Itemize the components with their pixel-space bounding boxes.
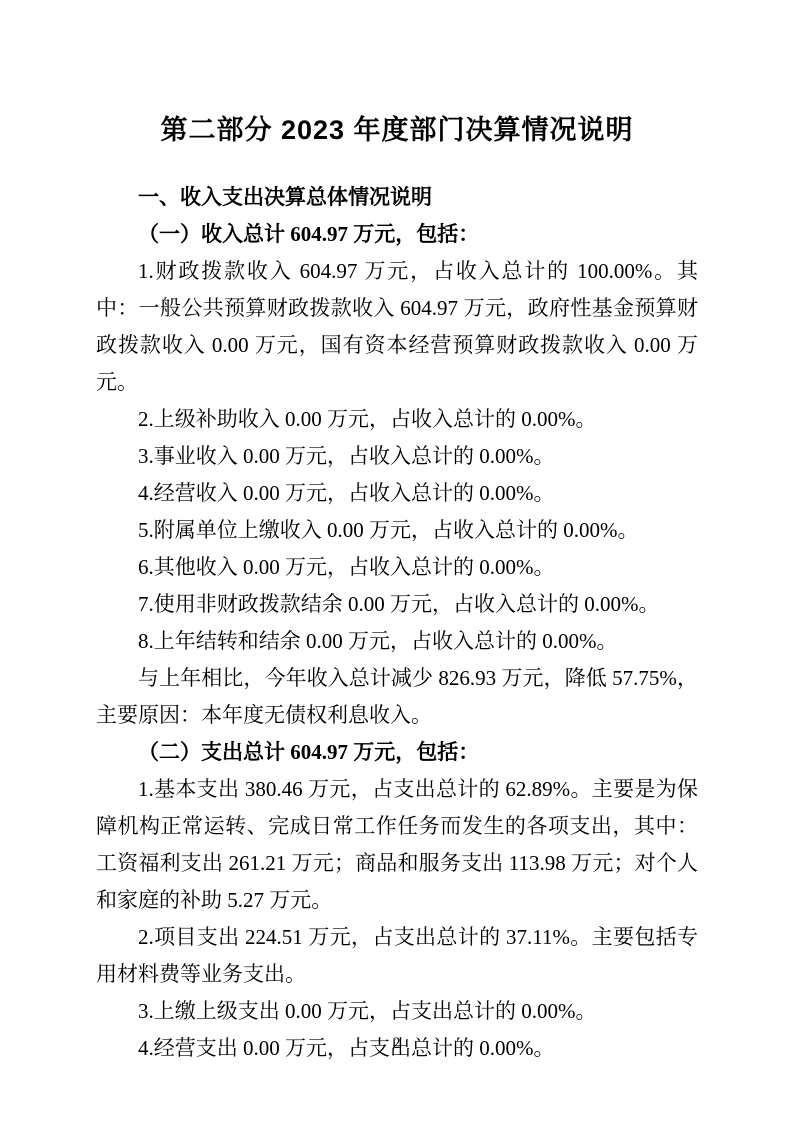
income-item-7: 7.使用非财政拨款结余 0.00 万元，占收入总计的 0.00%。 [96, 586, 698, 623]
income-total-heading: （一）收入总计 604.97 万元，包括： [96, 216, 698, 253]
document-page: 第二部分 2023 年度部门决算情况说明 一、收入支出决算总体情况说明 （一）收… [0, 0, 793, 1122]
income-item-2: 2.上级补助收入 0.00 万元，占收入总计的 0.00%。 [96, 401, 698, 438]
income-item-4: 4.经营收入 0.00 万元，占收入总计的 0.00%。 [96, 475, 698, 512]
income-item-8: 8.上年结转和结余 0.00 万元，占收入总计的 0.00%。 [96, 623, 698, 660]
document-body: 一、收入支出决算总体情况说明 （一）收入总计 604.97 万元，包括： 1.财… [96, 179, 698, 1067]
expenditure-total-heading: （二）支出总计 604.97 万元，包括： [96, 734, 698, 771]
income-item-5: 5.附属单位上缴收入 0.00 万元，占收入总计的 0.00%。 [96, 512, 698, 549]
income-year-comparison: 与上年相比，今年收入总计减少 826.93 万元，降低 57.75%，主要原因：… [96, 660, 698, 734]
page-number: 2 [0, 1033, 793, 1055]
income-item-3: 3.事业收入 0.00 万元，占收入总计的 0.00%。 [96, 438, 698, 475]
expenditure-item-1: 1.基本支出 380.46 万元，占支出总计的 62.89%。主要是为保障机构正… [96, 771, 698, 919]
expenditure-item-2: 2.项目支出 224.51 万元，占支出总计的 37.11%。主要包括专用材料费… [96, 919, 698, 993]
income-item-6: 6.其他收入 0.00 万元，占收入总计的 0.00%。 [96, 549, 698, 586]
section-heading-overview: 一、收入支出决算总体情况说明 [96, 179, 698, 216]
expenditure-item-3: 3.上缴上级支出 0.00 万元，占支出总计的 0.00%。 [96, 993, 698, 1030]
income-item-1: 1.财政拨款收入 604.97 万元，占收入总计的 100.00%。其中：一般公… [96, 253, 698, 401]
document-title: 第二部分 2023 年度部门决算情况说明 [96, 112, 698, 148]
